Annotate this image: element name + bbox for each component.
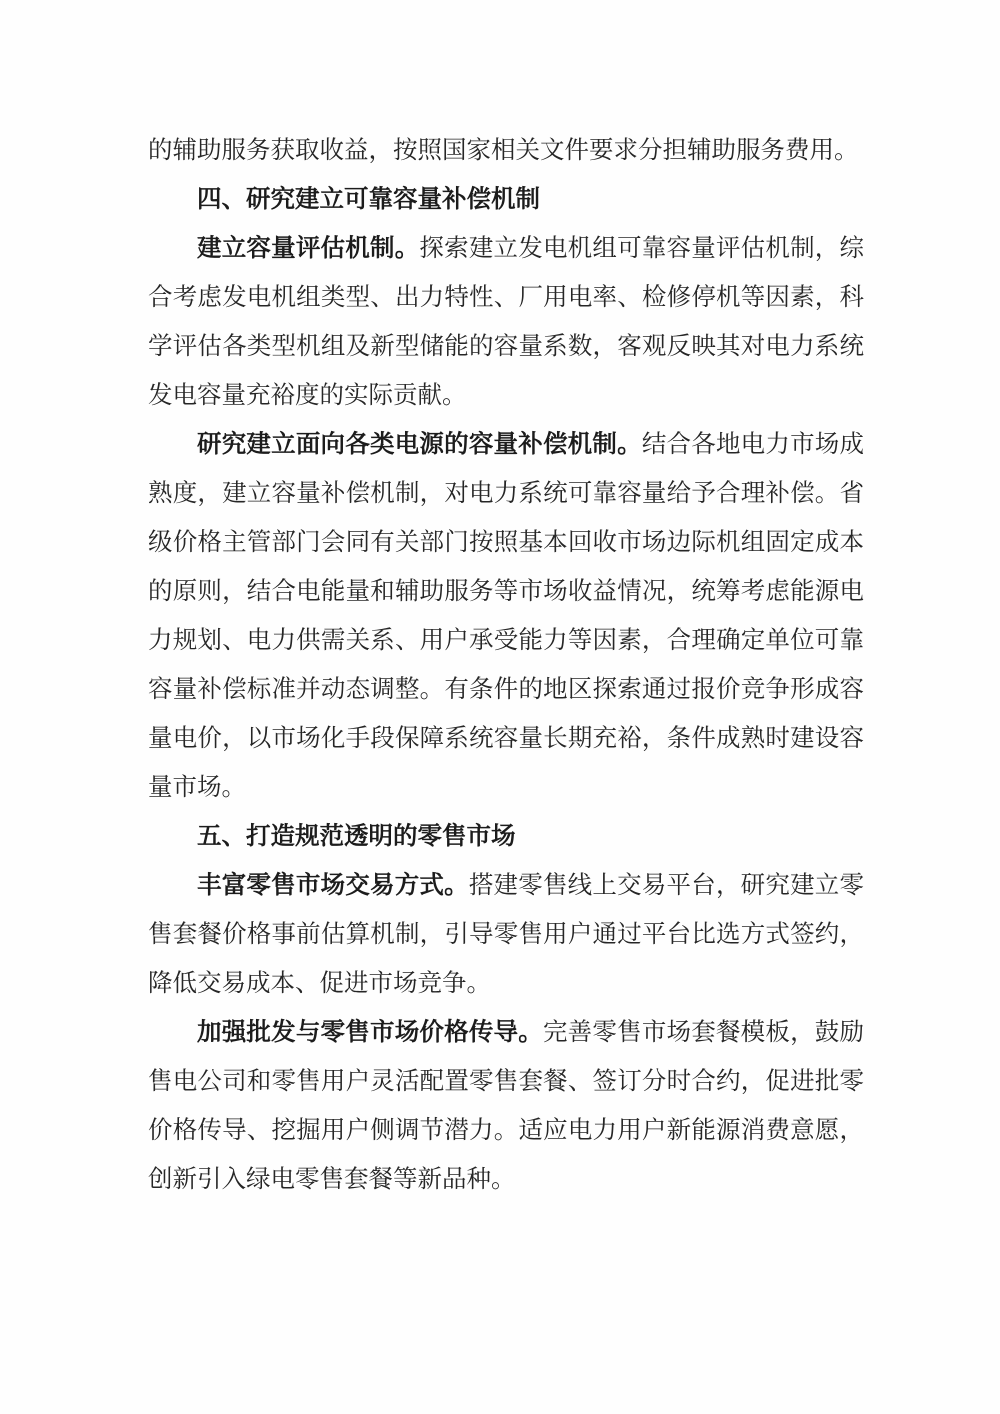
- paragraph: 丰富零售市场交易方式。搭建零售线上交易平台，研究建立零售套餐价格事前估算机制，引…: [148, 861, 864, 1008]
- paragraph-lead: 研究建立面向各类电源的容量补偿机制。: [197, 431, 642, 458]
- document-body: 的辅助服务获取收益，按照国家相关文件要求分担辅助服务费用。四、研究建立可靠容量补…: [148, 126, 864, 1204]
- document-page: 的辅助服务获取收益，按照国家相关文件要求分担辅助服务费用。四、研究建立可靠容量补…: [0, 0, 1000, 1414]
- paragraph: 建立容量评估机制。探索建立发电机组可靠容量评估机制，综合考虑发电机组类型、出力特…: [148, 224, 864, 420]
- section-heading: 四、研究建立可靠容量补偿机制: [148, 175, 864, 224]
- paragraph-lead: 建立容量评估机制。: [197, 235, 419, 262]
- paragraph: 加强批发与零售市场价格传导。完善零售市场套餐模板，鼓励售电公司和零售用户灵活配置…: [148, 1008, 864, 1204]
- paragraph-lead: 加强批发与零售市场价格传导。: [197, 1019, 543, 1046]
- section-heading: 五、打造规范透明的零售市场: [148, 812, 864, 861]
- continuation-paragraph: 的辅助服务获取收益，按照国家相关文件要求分担辅助服务费用。: [148, 126, 864, 175]
- paragraph-text: 结合各地电力市场成熟度，建立容量补偿机制，对电力系统可靠容量给予合理补偿。省级价…: [148, 431, 864, 801]
- paragraph: 研究建立面向各类电源的容量补偿机制。结合各地电力市场成熟度，建立容量补偿机制，对…: [148, 420, 864, 812]
- paragraph-lead: 丰富零售市场交易方式。: [197, 872, 469, 899]
